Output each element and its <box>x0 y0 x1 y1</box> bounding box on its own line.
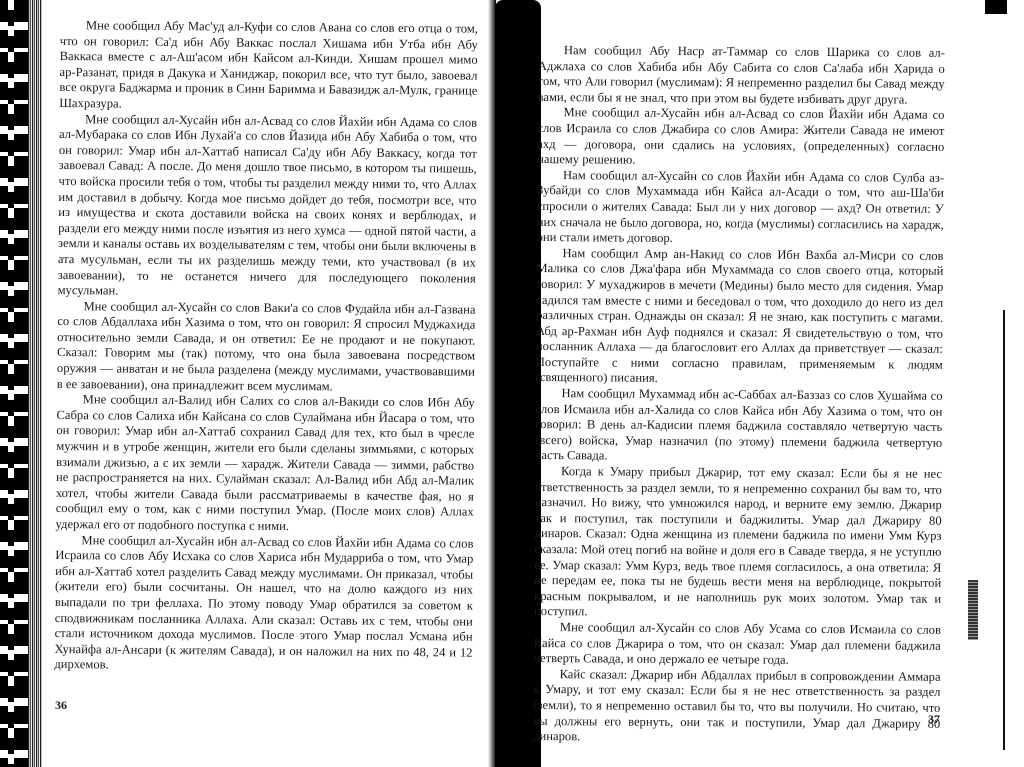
right-page-number: 37 <box>928 712 940 727</box>
paragraph: Мне сообщил ал-Валид ибн Салих со слов а… <box>56 392 475 536</box>
paragraph: Нам сообщил ал-Хусайн со слов Йахйи ибн … <box>537 168 945 249</box>
paragraph: Кайс сказал: Джарир ибн Абдаллах прибыл … <box>533 667 941 748</box>
paragraph: Когда к Умару прибыл Джарир, тот ему ска… <box>534 464 942 623</box>
paragraph: Мне сообщил ал-Хусайн со слов Абу Усама … <box>534 620 941 670</box>
scan-right-edge <box>1003 310 1005 750</box>
scan-corner-mark <box>985 0 1007 14</box>
paragraph: Мне сообщил Абу Мас'уд ал-Куфи со слов А… <box>59 18 478 115</box>
paragraph: Мне сообщил ал-Хусайн ибн ал-Асвад со сл… <box>58 112 478 303</box>
paragraph: Нам сообщил Амр ан-Накид со слов Ибн Вах… <box>536 246 944 389</box>
paragraph: Мне сообщил ал-Хусайн ибн ал-Асвад со сл… <box>54 533 473 677</box>
paragraph: Нам сообщил Абу Наср ат-Таммар со слов Ш… <box>538 43 945 108</box>
scan-page-edge-shadow <box>28 0 42 767</box>
paragraph: Мне сообщил ал-Хусайн ибн ал-Асвад со сл… <box>537 105 944 170</box>
scan-smudge <box>968 580 978 640</box>
scan-binding-edge <box>0 0 28 767</box>
paragraph: Мне сообщил ал-Хусайн со слов Ваки'а со … <box>57 299 476 396</box>
left-page-text: Мне сообщил Абу Мас'уд ал-Куфи со слов А… <box>54 18 478 677</box>
paragraph: Нам сообщил Мухаммад ибн ас-Саббах ал-Ба… <box>535 386 943 467</box>
left-page-number: 36 <box>55 698 67 713</box>
right-page-text: Нам сообщил Абу Наср ат-Таммар со слов Ш… <box>533 43 945 748</box>
